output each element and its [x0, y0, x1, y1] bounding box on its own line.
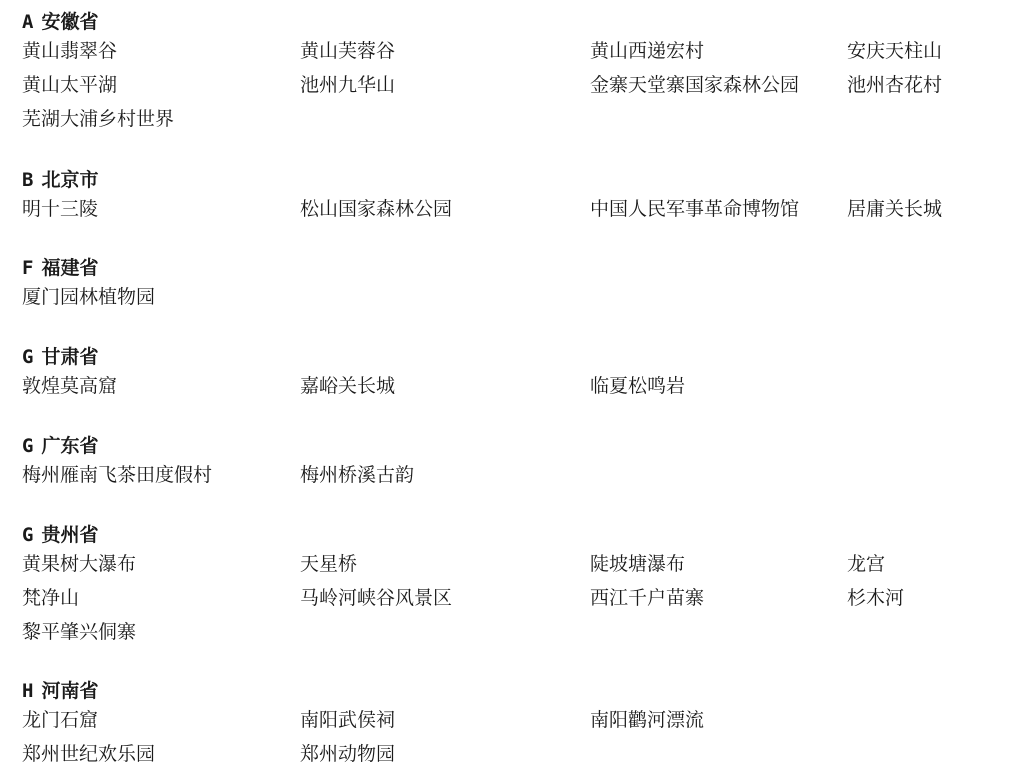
index-letter: H: [22, 680, 33, 702]
section-heading: G甘肃省: [22, 345, 98, 369]
province-name: 安徽省: [41, 11, 98, 33]
list-item[interactable]: 黄山西递宏村: [590, 34, 704, 68]
list-item[interactable]: 南阳鹳河漂流: [590, 703, 704, 737]
index-letter: F: [22, 257, 33, 279]
province-name: 贵州省: [41, 524, 98, 546]
section-heading: G广东省: [22, 434, 98, 458]
list-item[interactable]: 敦煌莫高窟: [22, 369, 117, 403]
list-row: 龙门石窟 南阳武侯祠 南阳鹳河漂流: [22, 703, 98, 737]
list-row: 敦煌莫高窟 嘉峪关长城 临夏松鸣岩: [22, 369, 98, 403]
list-row: 黄果树大瀑布 天星桥 陡坡塘瀑布 龙宫: [22, 547, 98, 581]
list-item[interactable]: 厦门园林植物园: [22, 280, 155, 314]
list-item[interactable]: 嘉峪关长城: [300, 369, 395, 403]
province-name: 北京市: [41, 169, 98, 191]
section-heading: F福建省: [22, 256, 98, 280]
list-row: 明十三陵 松山国家森林公园 中国人民军事革命博物馆 居庸关长城: [22, 192, 98, 226]
list-item[interactable]: 黄果树大瀑布: [22, 547, 136, 581]
section-heading: G贵州省: [22, 523, 98, 547]
section-gansu: G甘肃省 敦煌莫高窟 嘉峪关长城 临夏松鸣岩: [22, 345, 98, 403]
section-heading: B北京市: [22, 168, 98, 192]
list-row: 黄山太平湖 池州九华山 金寨天堂寨国家森林公园 池州杏花村: [22, 68, 98, 102]
section-anhui: A安徽省 黄山翡翠谷 黄山芙蓉谷 黄山西递宏村 安庆天柱山 黄山太平湖 池州九华…: [22, 10, 98, 136]
list-item[interactable]: 梵净山: [22, 581, 79, 615]
section-fujian: F福建省 厦门园林植物园: [22, 256, 98, 314]
list-item[interactable]: 黄山芙蓉谷: [300, 34, 395, 68]
list-item[interactable]: 黎平肇兴侗寨: [22, 615, 136, 649]
list-item[interactable]: 龙宫: [847, 547, 885, 581]
list-row: 梅州雁南飞茶田度假村 梅州桥溪古韵: [22, 458, 98, 492]
list-item[interactable]: 临夏松鸣岩: [590, 369, 685, 403]
province-name: 河南省: [41, 680, 98, 702]
index-letter: G: [22, 435, 33, 457]
list-row: 黄山翡翠谷 黄山芙蓉谷 黄山西递宏村 安庆天柱山: [22, 34, 98, 68]
list-row: 厦门园林植物园: [22, 280, 98, 314]
list-item[interactable]: 金寨天堂寨国家森林公园: [590, 68, 799, 102]
index-letter: G: [22, 346, 33, 368]
index-letter: G: [22, 524, 33, 546]
list-item[interactable]: 陡坡塘瀑布: [590, 547, 685, 581]
list-item[interactable]: 安庆天柱山: [847, 34, 942, 68]
list-row: 芜湖大浦乡村世界: [22, 102, 98, 136]
index-letter: A: [22, 11, 33, 33]
index-letter: B: [22, 169, 33, 191]
list-item[interactable]: 马岭河峡谷风景区: [300, 581, 452, 615]
list-item[interactable]: 梅州桥溪古韵: [300, 458, 414, 492]
list-item[interactable]: 天星桥: [300, 547, 357, 581]
list-row: 黎平肇兴侗寨: [22, 615, 98, 649]
list-item[interactable]: 中国人民军事革命博物馆: [590, 192, 799, 226]
list-item[interactable]: 芜湖大浦乡村世界: [22, 102, 174, 136]
list-item[interactable]: 黄山太平湖: [22, 68, 117, 102]
list-item[interactable]: 西江千户苗寨: [590, 581, 704, 615]
list-item[interactable]: 明十三陵: [22, 192, 98, 226]
section-guangdong: G广东省 梅州雁南飞茶田度假村 梅州桥溪古韵: [22, 434, 98, 492]
list-item[interactable]: 居庸关长城: [847, 192, 942, 226]
province-name: 广东省: [41, 435, 98, 457]
section-beijing: B北京市 明十三陵 松山国家森林公园 中国人民军事革命博物馆 居庸关长城: [22, 168, 98, 226]
list-item[interactable]: 梅州雁南飞茶田度假村: [22, 458, 212, 492]
section-henan: H河南省 龙门石窟 南阳武侯祠 南阳鹳河漂流 郑州世纪欢乐园 郑州动物园: [22, 679, 98, 771]
list-row: 郑州世纪欢乐园 郑州动物园: [22, 737, 98, 771]
list-item[interactable]: 黄山翡翠谷: [22, 34, 117, 68]
list-item[interactable]: 杉木河: [847, 581, 904, 615]
list-item[interactable]: 池州九华山: [300, 68, 395, 102]
list-row: 梵净山 马岭河峡谷风景区 西江千户苗寨 杉木河: [22, 581, 98, 615]
province-name: 福建省: [41, 257, 98, 279]
list-item[interactable]: 松山国家森林公园: [300, 192, 452, 226]
section-guizhou: G贵州省 黄果树大瀑布 天星桥 陡坡塘瀑布 龙宫 梵净山 马岭河峡谷风景区 西江…: [22, 523, 98, 649]
section-heading: A安徽省: [22, 10, 98, 34]
list-item[interactable]: 郑州动物园: [300, 737, 395, 771]
list-item[interactable]: 郑州世纪欢乐园: [22, 737, 155, 771]
list-item[interactable]: 龙门石窟: [22, 703, 98, 737]
list-item[interactable]: 池州杏花村: [847, 68, 942, 102]
province-name: 甘肃省: [41, 346, 98, 368]
list-item[interactable]: 南阳武侯祠: [300, 703, 395, 737]
section-heading: H河南省: [22, 679, 98, 703]
